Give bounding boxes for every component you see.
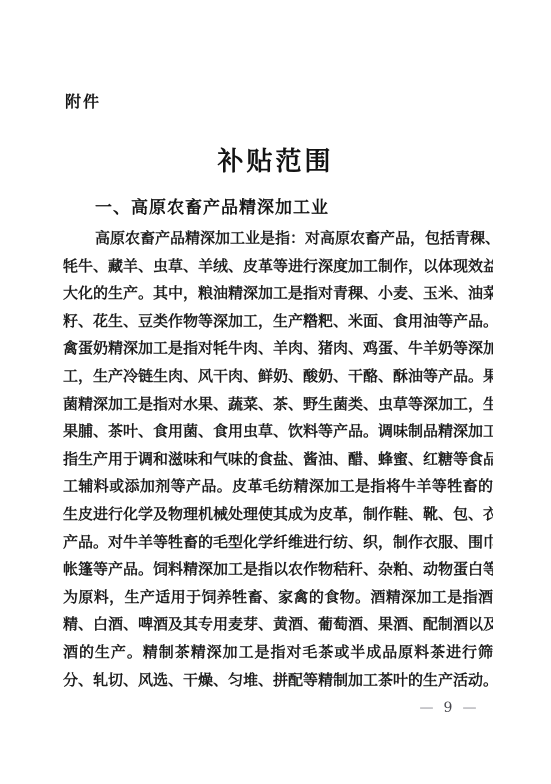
attachment-label: 附件	[65, 89, 101, 112]
page-number: —9—	[408, 700, 488, 716]
page-number-right-dash: —	[462, 700, 476, 716]
body-text-line: 大化的生产。其中，粮油精深加工是指对青稞、小麦、玉米、油菜	[63, 280, 493, 308]
body-text-line: 牦牛、藏羊、虫草、羊绒、皮革等进行深度加工制作，以体现效益最	[63, 253, 493, 281]
section-heading: 一、高原农畜产品精深加工业	[63, 193, 493, 218]
body-text-line: 精、白酒、啤酒及其专用麦芽、黄酒、葡萄酒、果酒、配制酒以及其他	[63, 611, 493, 639]
body-text-line: 果脯、茶叶、食用菌、食用虫草、饮料等产品。调味制品精深加工是	[63, 418, 493, 446]
body-text-line: 指生产用于调和滋味和气味的食盐、酱油、醋、蜂蜜、红糖等食品加	[63, 446, 493, 474]
body-text-line: 生皮进行化学及物理机械处理使其成为皮革，制作鞋、靴、包、衣等	[63, 501, 493, 529]
body-text-line: 籽、花生、豆类作物等深加工，生产糌粑、米面、食用油等产品。肉	[63, 308, 493, 336]
body-text-line: 分、轧切、风选、干燥、匀堆、拼配等精制加工茶叶的生产活动。生	[63, 667, 493, 695]
body-text-line: 高原农畜产品精深加工业是指：对高原农畜产品，包括青稞、	[63, 225, 493, 253]
page-number-value: 9	[444, 700, 453, 716]
body-text-line: 禽蛋奶精深加工是指对牦牛肉、羊肉、猪肉、鸡蛋、牛羊奶等深加	[63, 335, 493, 363]
body-text-line: 帐篷等产品。饲料精深加工是指以农作物秸秆、杂粕、动物蛋白等	[63, 556, 493, 584]
body-text-line: 工，生产冷链生肉、风干肉、鲜奶、酸奶、干酪、酥油等产品。果蔬茶	[63, 363, 493, 391]
body-text-line: 菌精深加工是指对水果、蔬菜、茶、野生菌类、虫草等深加工，生产	[63, 391, 493, 419]
body-text-line: 工辅料或添加剂等产品。皮革毛纺精深加工是指将牛羊等牲畜的	[63, 473, 493, 501]
body-text-line: 为原料，生产适用于饲养牲畜、家禽的食物。酒精深加工是指酒	[63, 584, 493, 612]
body-text-line: 酒的生产。精制茶精深加工是指对毛茶或半成品原料茶进行筛	[63, 639, 493, 667]
body-text-line: 产品。对牛羊等牲畜的毛型化学纤维进行纺、织，制作衣服、围巾、	[63, 529, 493, 557]
document-page: 附件 补贴范围 一、高原农畜产品精深加工业 高原农畜产品精深加工业是指：对高原农…	[0, 0, 551, 784]
page-title: 补贴范围	[0, 141, 551, 178]
page-number-left-dash: —	[420, 700, 434, 716]
body-paragraph: 高原农畜产品精深加工业是指：对高原农畜产品，包括青稞、 牦牛、藏羊、虫草、羊绒、…	[63, 225, 493, 694]
